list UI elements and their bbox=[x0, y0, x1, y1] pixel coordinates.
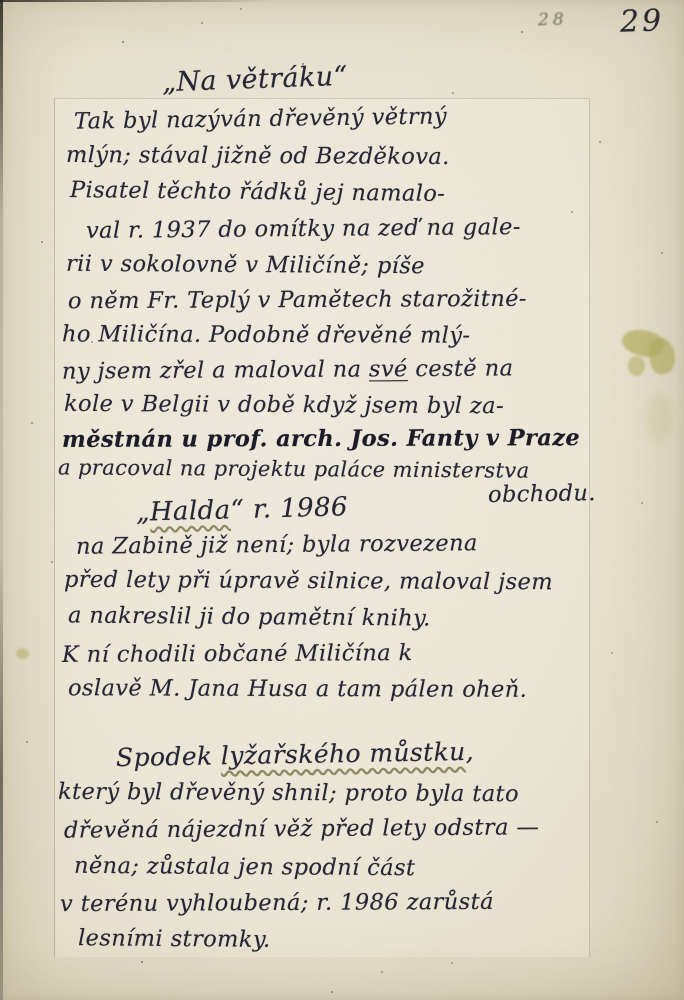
glue-stain bbox=[645, 335, 679, 376]
manuscript-line: na Zabině již není; byla rozvezena bbox=[76, 530, 478, 560]
manuscript-line: před lety při úpravě silnice, maloval js… bbox=[64, 567, 553, 596]
glue-stain bbox=[628, 356, 645, 376]
manuscript-line: K ní chodili občané Miličína k bbox=[62, 640, 413, 668]
manuscript-line: který byl dřevěný shnil; proto byla tato bbox=[58, 779, 519, 807]
heading-suffix: “ r. 1986 bbox=[230, 492, 348, 525]
glue-stain-shadow bbox=[646, 392, 672, 444]
line-segment: cestě na bbox=[408, 355, 514, 382]
manuscript-line: v terénu vyhloubená; r. 1986 zarůstá bbox=[60, 889, 494, 917]
scan-edge-left bbox=[0, 0, 3, 1000]
manuscript-line: oslavě M. Jana Husa a tam pálen oheň. bbox=[68, 675, 527, 703]
manuscript-line: val r. 1937 do omítky na zeď na gale- bbox=[86, 214, 521, 244]
manuscript-line: něna; zůstala jen spodní část bbox=[74, 853, 416, 881]
small-stain bbox=[16, 648, 29, 659]
line-segment: ny jsem zřel a maloval na bbox=[62, 356, 369, 384]
manuscript-line: o něm Fr. Teplý v Pamětech starožitné- bbox=[68, 286, 527, 314]
manuscript-line: ny jsem zřel a maloval na své cestě na bbox=[62, 355, 514, 384]
manuscript-line: městnán u prof. arch. Jos. Fanty v Praze bbox=[62, 425, 580, 453]
underlined-heading-word: Halda bbox=[150, 495, 231, 527]
heading-prefix: Spodek bbox=[116, 741, 221, 772]
section-heading-halda: „Halda“ r. 1986 bbox=[136, 492, 349, 528]
manuscript-line: Tak byl nazýván dřevěný větrný bbox=[74, 103, 447, 134]
manuscript-line: a nakreslil ji do pamětní knihy. bbox=[68, 602, 431, 631]
underlined-heading-word: lyžařského můstku bbox=[221, 737, 466, 770]
underlined-word: své bbox=[369, 356, 408, 382]
open-quote: „ bbox=[136, 497, 151, 527]
erased-page-number: 28 bbox=[538, 10, 568, 31]
manuscript-line: dřevěná nájezdní věž před lety odstra — bbox=[64, 814, 539, 843]
manuscript-line: ho Miličína. Podobně dřevěné mlý- bbox=[62, 321, 471, 348]
page-number: 29 bbox=[619, 3, 664, 40]
manuscript-line: mlýn; stával jižně od Bezděkova. bbox=[66, 142, 450, 170]
scan-edge-top bbox=[0, 0, 274, 2]
manuscript-line: rii v sokolovně v Miličíně; píše bbox=[66, 251, 425, 280]
manuscript-line: obchodu. bbox=[488, 480, 596, 508]
section-title-na-vetraku: „Na větráku“ bbox=[162, 61, 349, 98]
heading-suffix: , bbox=[465, 737, 474, 766]
manuscript-line: a pracoval na projektu paláce ministerst… bbox=[58, 455, 530, 482]
manuscript-line: Pisatel těchto řádků jej namalo- bbox=[70, 177, 446, 207]
manuscript-line: kole v Belgii v době když jsem byl za- bbox=[64, 391, 504, 419]
manuscript-page-scan: 28 29 „Na větráku“ Tak byl nazýván dřevě… bbox=[0, 0, 684, 1000]
manuscript-line: lesními stromky. bbox=[78, 925, 271, 953]
